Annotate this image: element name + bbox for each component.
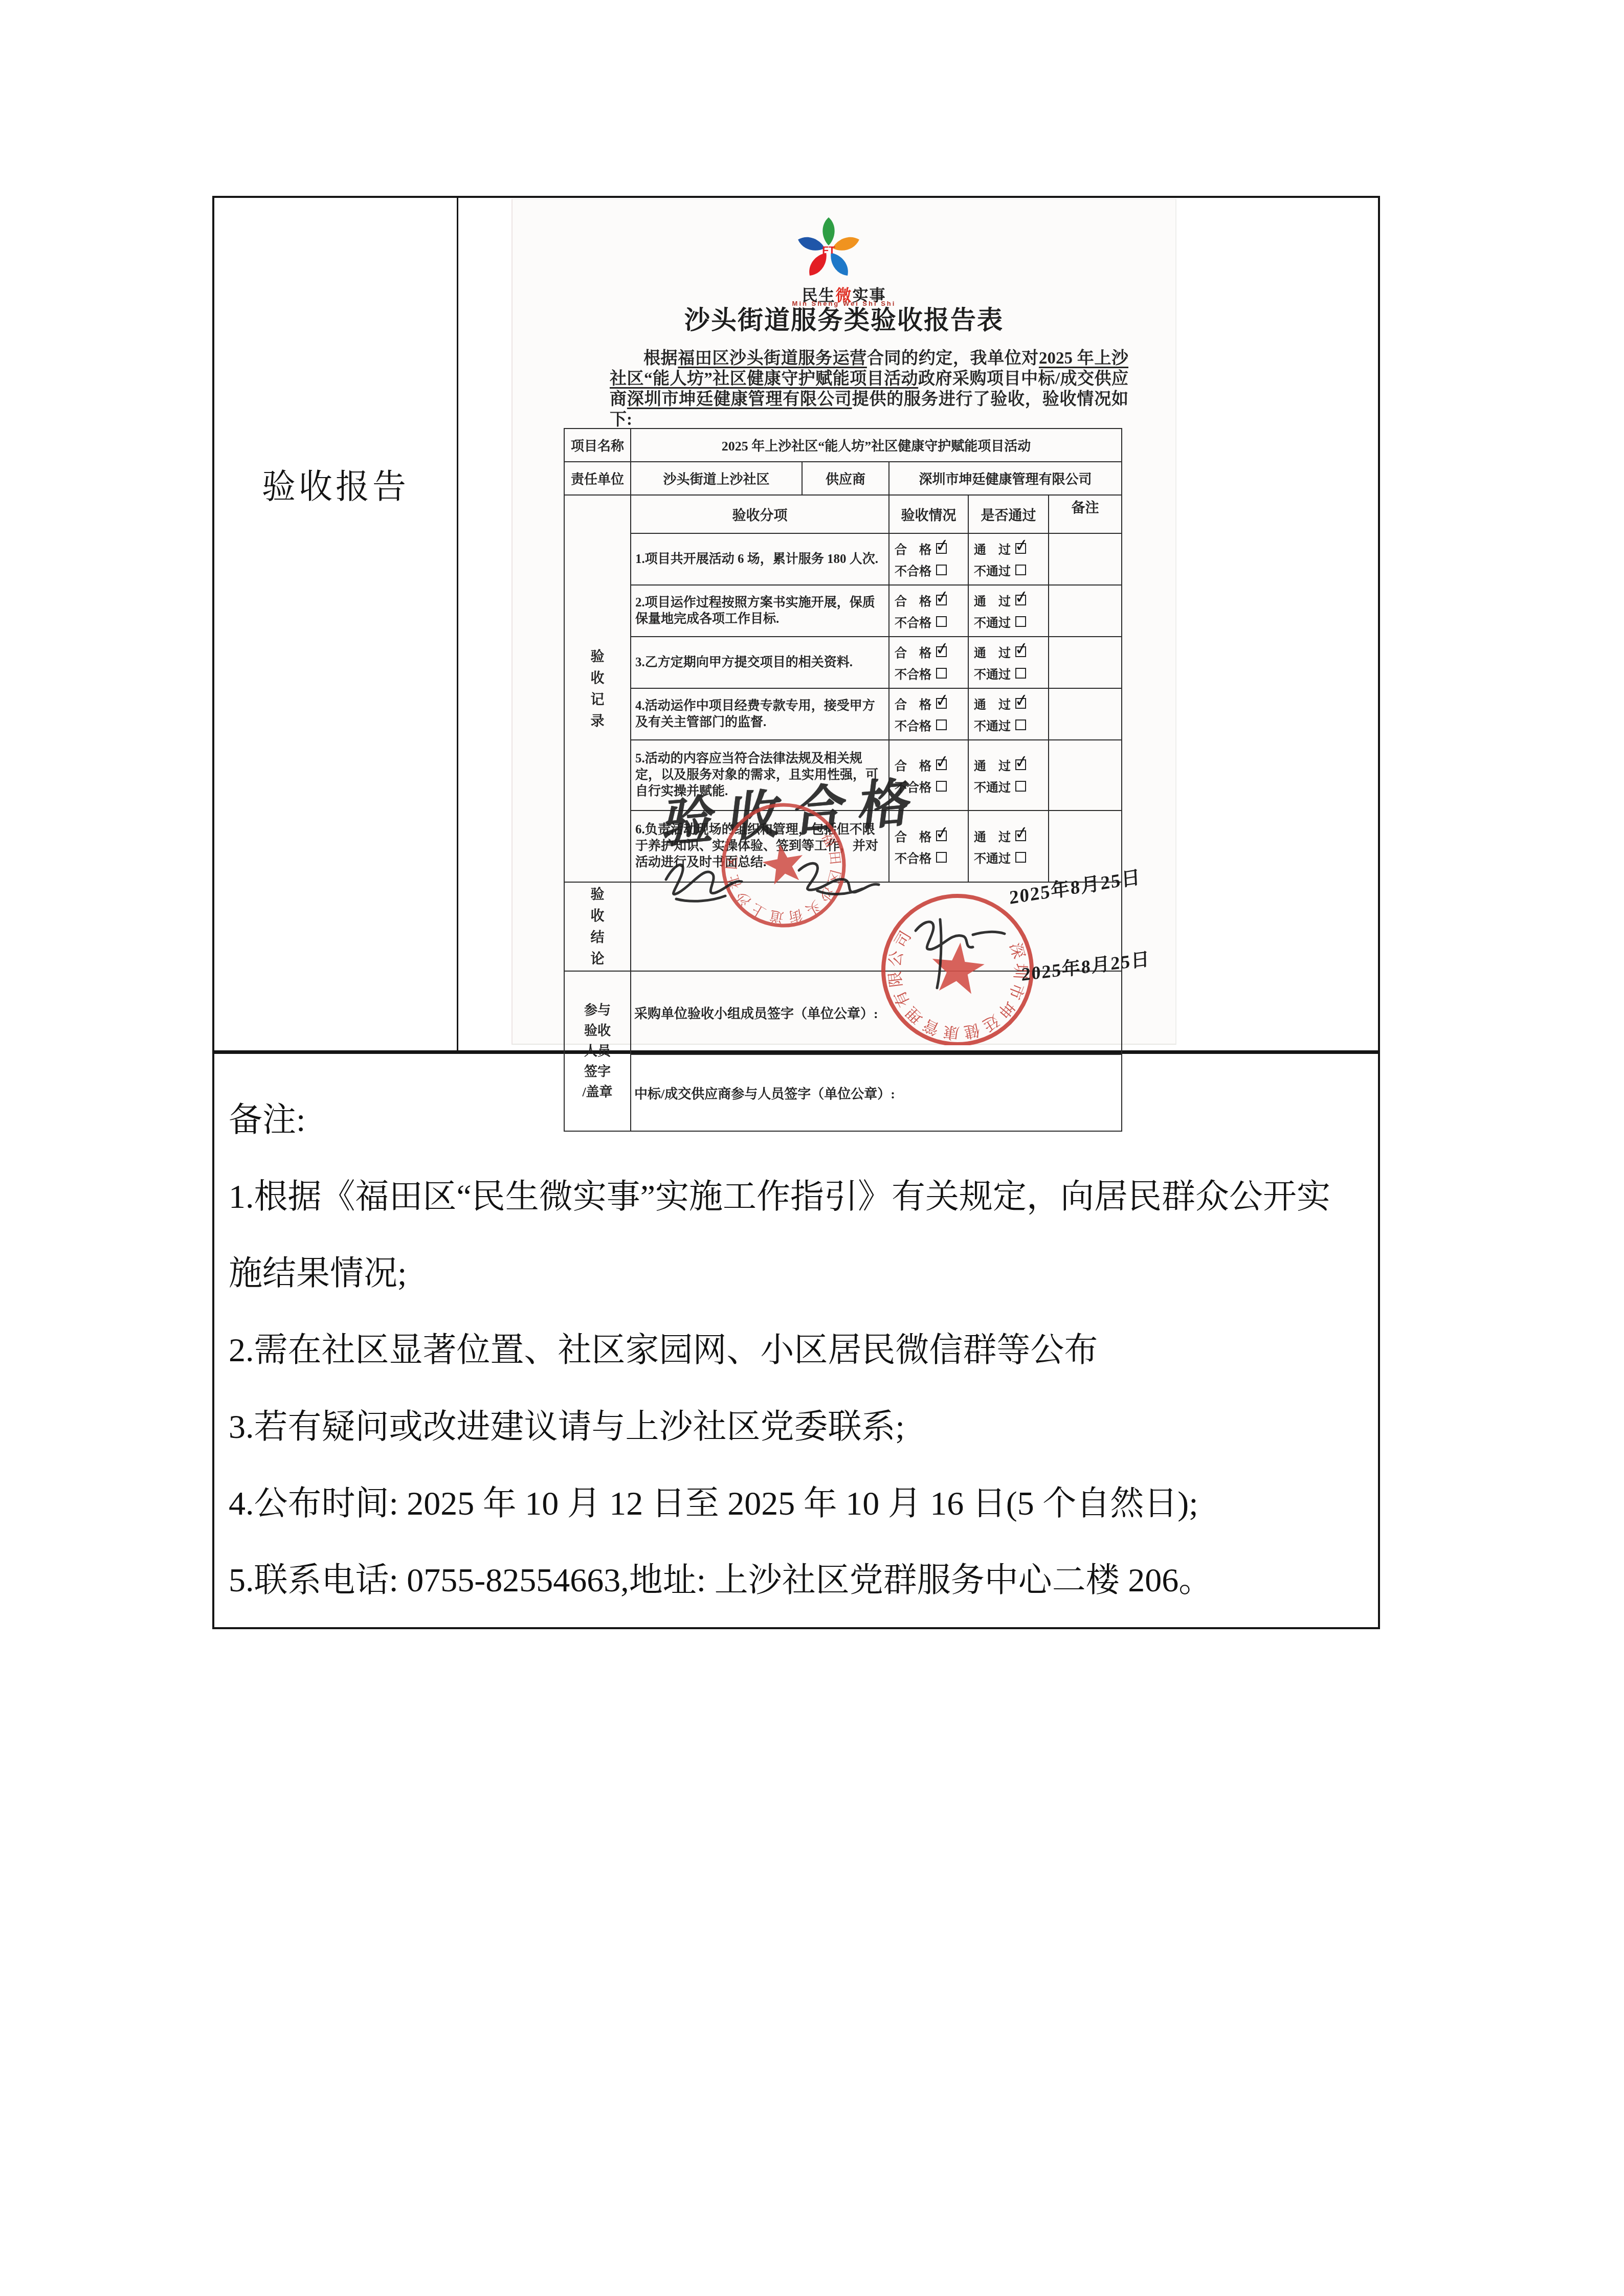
checkbox-label: 合 格 [895,694,931,712]
checkmark-icon: ✓ [933,638,951,660]
remark-item: 3.若有疑问或改进建议请与上沙社区党委联系; [229,1389,1360,1466]
checkmark-icon: ✓ [933,822,951,844]
scanned-report-image: FT 民生微实事 Min Sheng Wei Shi Shi 沙头街道服务类验收… [511,199,1176,1045]
remarks-list: 1.根据《福田区“民生微实事”实施工作指引》有关规定，向居民群众公开实施结果情况… [229,1159,1360,1619]
intro-segment: 福田区沙头街道服务运营 [678,349,867,368]
not-pass-checkbox: ✓ [1015,719,1026,730]
note-cell [1049,688,1122,740]
checkbox-label: 不通过 [974,848,1011,866]
checkbox-label: 不合格 [895,848,931,866]
remarks-heading: 备注: [229,1082,1360,1159]
supplier-label: 供应商 [802,462,889,495]
qualified-checkbox: ✓ [936,759,947,770]
pass-checkbox: ✓ [1015,830,1026,841]
logo-petal-upper-right [831,234,861,254]
qualified-checkbox: ✓ [936,543,947,554]
pass-checkbox-cell: 通 过✓ 不通过✓ [968,740,1049,811]
minsheng-star-logo-icon: FT [783,213,875,283]
table-row: 项目名称 2025 年上沙社区“能人坊”社区健康守护赋能项目活动 [564,429,1122,462]
duty-unit-label: 责任单位 [564,462,631,495]
column-header-note: 备注 [1049,495,1122,533]
item-text: 1.项目共开展活动 6 场，累计服务 180 人次. [631,533,889,585]
item-text: 2.项目运作过程按照方案书实施开展，保质保量地完成各项工作目标. [631,585,889,637]
pass-checkbox-cell: 通 过✓ 不通过✓ [968,688,1049,740]
pass-checkbox-cell: 通 过✓ 不通过✓ [968,637,1049,688]
checkmark-icon: ✓ [1013,534,1030,557]
not-pass-checkbox: ✓ [1015,565,1026,575]
report-title: 沙头街道服务类验收报告表 [513,300,1175,336]
item-text: 3.乙方定期向甲方提交项目的相关资料. [631,637,889,688]
project-name-value: 2025 年上沙社区“能人坊”社区健康守护赋能项目活动 [631,429,1122,462]
checkmark-icon: ✓ [1013,689,1030,712]
not-pass-checkbox: ✓ [1015,668,1026,679]
item-text: 4.活动运作中项目经费专款专用，接受甲方及有关主管部门的监督. [631,688,889,740]
note-cell [1049,533,1122,585]
table-row: 责任单位 沙头街道上沙社区 供应商 深圳市坤廷健康管理有限公司 [564,462,1122,495]
checkbox-label: 不通过 [974,561,1011,579]
acceptance-item-row: 3.乙方定期向甲方提交项目的相关资料. 合 格✓ 不合格✓ 通 过✓ 不通过✓ [564,637,1122,688]
acceptance-report-row-label: 验收报告 [214,459,457,508]
remark-item: 4.公布时间: 2025 年 10 月 12 日至 2025 年 10 月 16… [229,1466,1360,1542]
checkbox-label: 通 过 [974,643,1011,661]
checkbox-label: 不合格 [895,664,931,682]
intro-segment: 合同的约定，我单位对 [867,349,1039,368]
status-checkbox-cell: 合 格✓ 不合格✓ [889,688,968,740]
report-intro-paragraph: 根据福田区沙头街道服务运营合同的约定，我单位对2025 年上沙社区“能人坊”社区… [610,348,1128,430]
intro-segment: 根据 [643,349,678,368]
pass-checkbox-cell: 通 过✓ 不通过✓ [968,533,1049,585]
purchaser-sign-row: 参与验收人员签字/盖章 采购单位验收小组成员签字（单位公章）: [564,971,1122,1054]
note-cell [1049,740,1122,811]
logo-ft-text: FT [822,244,835,256]
pass-checkbox: ✓ [1015,759,1026,770]
checkbox-label: 合 格 [895,643,931,661]
checkmark-icon: ✓ [1013,638,1030,660]
column-header-pass: 是否通过 [968,495,1049,533]
conclusion-label: 验收结论 [564,882,631,971]
logo-petal-top [822,217,834,245]
note-cell [1049,585,1122,637]
note-cell [1049,637,1122,688]
pass-checkbox-cell: 通 过✓ 不通过✓ [968,585,1049,637]
remark-item: 1.根据《福田区“民生微实事”实施工作指引》有关规定，向居民群众公开实施结果情况… [229,1159,1360,1312]
remark-item: 5.联系电话: 0755-82554663,地址: 上沙社区党群服务中心二楼 2… [229,1542,1360,1619]
checkbox-label: 不通过 [974,716,1011,734]
acceptance-item-row: 2.项目运作过程按照方案书实施开展，保质保量地完成各项工作目标. 合 格✓ 不合… [564,585,1122,637]
checkbox-label: 通 过 [974,756,1011,774]
checkbox-label: 不合格 [895,613,931,631]
intro-segment: 深圳市坤廷健康管理有限公司 [627,390,852,409]
conclusion-handwriting-area [631,882,1122,971]
conclusion-row: 验收结论 [564,882,1122,971]
document-page: 验收报告 FT 民生微实事 Min Sheng Wei Shi Shi 沙头街道… [0,0,1624,2296]
not-pass-checkbox: ✓ [1015,852,1026,863]
column-header-item: 验收分项 [631,495,889,533]
pass-checkbox-cell: 通 过✓ 不通过✓ [968,811,1049,882]
checkbox-label: 通 过 [974,694,1011,712]
acceptance-item-row: 4.活动运作中项目经费专款专用，接受甲方及有关主管部门的监督. 合 格✓ 不合格… [564,688,1122,740]
checkmark-icon: ✓ [1013,751,1030,773]
purchaser-sign-cell: 采购单位验收小组成员签字（单位公章）: [631,971,1122,1054]
note-cell [1049,811,1122,882]
not-qualified-checkbox: ✓ [936,668,947,679]
checkbox-label: 不通过 [974,613,1011,631]
supplier-value: 深圳市坤廷健康管理有限公司 [889,462,1122,495]
not-qualified-checkbox: ✓ [936,852,947,863]
qualified-checkbox: ✓ [936,830,947,841]
checkbox-label: 不合格 [895,716,931,734]
remarks-section: 备注: 1.根据《福田区“民生微实事”实施工作指引》有关规定，向居民群众公开实施… [229,1082,1360,1619]
status-checkbox-cell: 合 格✓ 不合格✓ [889,637,968,688]
pass-checkbox: ✓ [1015,698,1026,709]
qualified-checkbox: ✓ [936,698,947,709]
qualified-checkbox: ✓ [936,595,947,605]
record-section-label: 验收记录 [564,495,631,882]
status-checkbox-cell: 合 格✓ 不合格✓ [889,585,968,637]
not-qualified-checkbox: ✓ [936,565,947,575]
checkmark-icon: ✓ [1013,822,1030,844]
purchaser-sign-caption: 采购单位验收小组成员签字（单位公章）: [634,1006,878,1021]
checkbox-label: 不合格 [895,561,931,579]
checkbox-label: 不通过 [974,777,1011,795]
checkmark-icon: ✓ [933,534,951,557]
status-checkbox-cell: 合 格✓ 不合格✓ [889,533,968,585]
column-header-status: 验收情况 [889,495,968,533]
pass-checkbox: ✓ [1015,543,1026,554]
checkbox-label: 不通过 [974,664,1011,682]
qualified-checkbox: ✓ [936,646,947,657]
checkbox-label: 通 过 [974,827,1011,845]
checkbox-label: 通 过 [974,539,1011,557]
not-pass-checkbox: ✓ [1015,781,1026,792]
not-qualified-checkbox: ✓ [936,719,947,730]
not-pass-checkbox: ✓ [1015,616,1026,627]
checkmark-icon: ✓ [933,586,951,609]
not-qualified-checkbox: ✓ [936,616,947,627]
checkbox-label: 合 格 [895,539,931,557]
acceptance-item-row: 1.项目共开展活动 6 场，累计服务 180 人次. 合 格✓ 不合格✓ 通 过… [564,533,1122,585]
checkmark-icon: ✓ [1013,586,1030,609]
remark-item: 2.需在社区显著位置、社区家园网、小区居民微信群等公布 [229,1312,1360,1389]
not-qualified-checkbox: ✓ [936,781,947,792]
project-name-label: 项目名称 [564,429,631,462]
checkmark-icon: ✓ [933,689,951,712]
checkbox-label: 通 过 [974,591,1011,609]
checkbox-label: 合 格 [895,591,931,609]
checkmark-icon: ✓ [933,751,951,773]
table-header-row: 验收记录 验收分项 验收情况 是否通过 备注 [564,495,1122,533]
outer-table-vertical-divider [457,196,458,1053]
pass-checkbox: ✓ [1015,646,1026,657]
pass-checkbox: ✓ [1015,595,1026,605]
duty-unit-value: 沙头街道上沙社区 [631,462,802,495]
